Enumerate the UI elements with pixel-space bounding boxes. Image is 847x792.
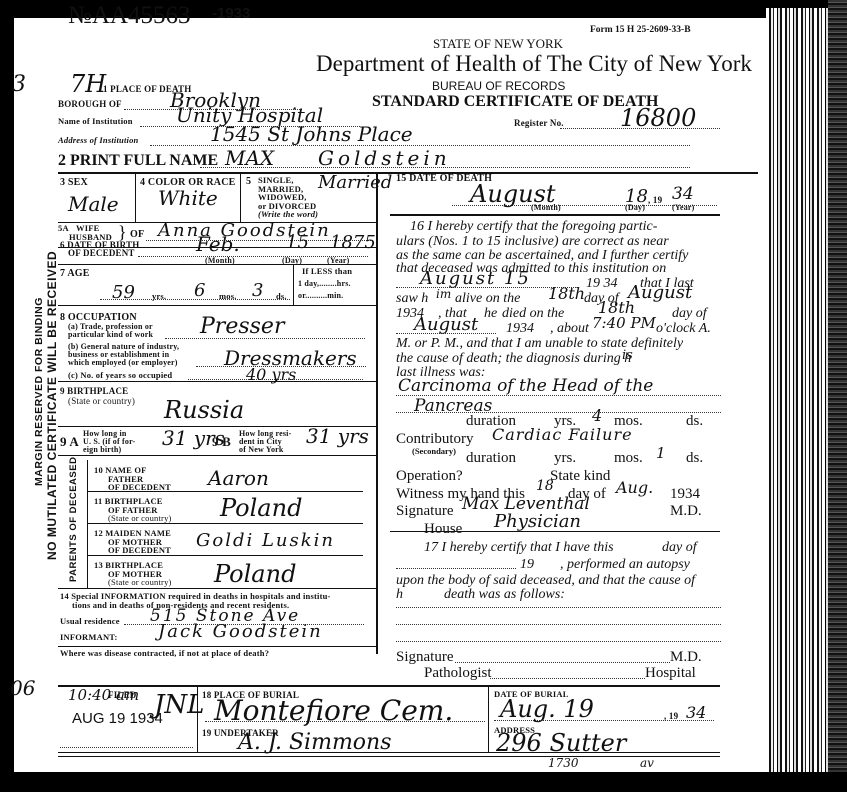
year-3: 1934 — [506, 321, 534, 337]
9b-num: 9 B — [212, 434, 231, 450]
cause-of-death-1: Carcinoma of the Head of the — [398, 376, 653, 396]
contributory-value: Cardiac Failure — [492, 425, 633, 444]
duration-months: 4 — [592, 406, 602, 425]
house-label: House — [424, 521, 462, 538]
register-number: 16800 — [620, 104, 696, 132]
autopsy-dots — [396, 607, 721, 608]
day-of-2: day of — [672, 306, 707, 322]
filed-initials: JNL — [154, 690, 204, 720]
informant-label: INFORMANT: — [60, 632, 118, 642]
admitted-year: 19 34 — [586, 276, 618, 292]
rule — [88, 523, 363, 524]
informant-value: Jack Goodstein — [158, 621, 323, 642]
burial-address-value: 296 Sutter — [496, 729, 626, 757]
address-value: 1545 St Johns Place — [210, 122, 413, 146]
alive-label: alive on the — [455, 291, 520, 307]
pronoun: he — [484, 306, 497, 322]
pathologist-line — [490, 678, 645, 679]
clock-label: o'clock A. — [656, 321, 711, 337]
dob-year: 1875 — [330, 232, 376, 253]
rule — [58, 305, 376, 306]
burial-date-value: Aug. 19 — [500, 695, 594, 723]
register-label: Register No. — [514, 118, 564, 128]
hospital-label: Hospital — [645, 665, 696, 682]
death-day-caption: (Day) — [625, 203, 645, 212]
signature-md: M.D. — [670, 503, 702, 520]
autopsy-line-1-tail: day of — [662, 540, 697, 556]
age-min: or..........min. — [298, 291, 343, 300]
about-label: , about — [550, 321, 589, 337]
certificate-number: №AA45563 — [68, 2, 190, 30]
9b-value: 31 yrs — [306, 424, 369, 448]
rule — [390, 214, 720, 216]
cert-line-9-pronoun: is — [622, 348, 633, 363]
9a-num: 9 A — [60, 434, 79, 450]
mother-name-label: 12 MAIDEN NAME OF MOTHER OF DECEDENT — [94, 529, 171, 555]
sex-label: 3 SEX — [60, 177, 88, 188]
signature-label: Signature — [396, 503, 454, 520]
state-heading: STATE OF NEW YORK — [433, 36, 563, 52]
rule — [58, 646, 376, 647]
filed-label: FILED — [108, 690, 137, 700]
cert-line-8: M. or P. M., and that I am unable to sta… — [396, 336, 683, 352]
margin-note-top: 7H — [70, 70, 106, 98]
no-mutilated-text: NO MUTILATED CERTIFICATE WILL BE RECEIVE… — [45, 251, 59, 560]
dob-month-caption: (Month) — [205, 256, 235, 265]
death-year-prefix: , 19 — [648, 195, 662, 205]
occupation-c-label: (c) No. of years so occupied — [68, 370, 172, 380]
age-label: 7 AGE — [60, 268, 90, 279]
rule — [58, 381, 376, 382]
spouse-of-label: OF — [130, 229, 144, 240]
autopsy-md: M.D. — [670, 649, 702, 666]
label-line: of New York — [239, 446, 291, 454]
certificate-year: -1933 — [212, 5, 250, 22]
rule — [88, 555, 363, 556]
institution-label: Name of Institution — [58, 116, 133, 126]
age-yrs-label: yrs. — [152, 291, 166, 301]
divider — [135, 174, 136, 222]
age-ds-label: ds. — [276, 291, 287, 301]
contributory-months: 1 — [656, 444, 666, 462]
death-year: 34 — [672, 184, 694, 204]
duration-mos-2: mos. — [614, 450, 643, 467]
dob-day-caption: (Day) — [282, 256, 302, 265]
dob-month: Feb. — [196, 232, 240, 256]
certificate-title: STANDARD CERTIFICATE OF DEATH — [372, 93, 658, 111]
borough-label: BOROUGH OF — [58, 99, 122, 109]
address-label: Address of Institution — [58, 135, 138, 145]
age-days: 3 — [252, 280, 263, 301]
duration-label-2: duration — [466, 450, 516, 467]
father-birthplace-label: 11 BIRTHPLACE OF FATHER (State or countr… — [94, 497, 172, 523]
autopsy-signature-label: Signature — [396, 649, 454, 666]
marital-label: SINGLE, MARRIED, WIDOWED, or DIVORCED (W… — [258, 176, 318, 219]
dob-day: 15 — [286, 232, 309, 253]
label-line: which employed (or employer) — [68, 359, 179, 367]
father-name-value: Aaron — [208, 466, 269, 490]
parents-of-deceased-label: PARENTS OF DECEASED — [68, 457, 79, 582]
occupation-a-label: (a) Trade, profession or particular kind… — [68, 323, 153, 339]
margin-reserved-text: MARGIN RESERVED FOR BINDING — [33, 297, 45, 486]
house-value: Physician — [494, 511, 581, 532]
age-mos-label: mos. — [219, 291, 237, 301]
burial-year-prefix: , 19 — [664, 711, 678, 721]
witness-month: Aug. — [616, 478, 653, 497]
label-line: (State or country) — [94, 578, 172, 587]
divider — [240, 174, 241, 222]
secondary-label: (Secondary) — [412, 446, 456, 456]
autopsy-h: h — [396, 587, 403, 603]
burial-place-value: Montefiore Cem. — [214, 694, 453, 727]
sex-value: Male — [68, 192, 119, 216]
burial-address-extra: 1730 — [548, 756, 579, 770]
race-value: White — [158, 186, 218, 210]
filed-line — [60, 747, 193, 748]
rule — [58, 685, 720, 687]
birthplace-sublabel: (State or country) — [68, 396, 135, 406]
divider — [87, 460, 88, 588]
rule — [58, 588, 376, 589]
filed-stamp-date: AUG 19 1934 — [72, 710, 163, 727]
autopsy-line-2-tail: , performed an autopsy — [560, 557, 690, 573]
bureau-heading: BUREAU OF RECORDS — [432, 79, 565, 93]
scan-border-bottom — [0, 772, 847, 792]
age-less-than: If LESS than — [302, 266, 352, 276]
age-hrs: 1 day,........hrs. — [298, 279, 351, 288]
saw-label: saw h — [396, 291, 428, 307]
book-spine-shadow — [828, 0, 847, 792]
died-on-label: died on the — [502, 306, 564, 322]
rule — [58, 455, 376, 456]
marital-value: Married — [318, 172, 392, 193]
occupation-b-label: (b) General nature of industry, business… — [68, 343, 179, 367]
death-year-caption: (Year) — [672, 203, 695, 212]
autopsy-19: 19 — [520, 557, 534, 573]
label-line: eign birth) — [83, 446, 135, 454]
age-years: 59 — [112, 282, 135, 303]
margin-note-bottom: 06 — [10, 676, 35, 700]
column-divider — [376, 172, 378, 654]
died-month: August — [414, 314, 478, 335]
duration-ds: ds. — [686, 413, 703, 430]
witness-day: 18 — [536, 478, 554, 494]
divider — [293, 265, 294, 305]
saw-pronoun: im — [436, 287, 451, 301]
mother-name-value: Goldi Luskin — [196, 530, 335, 551]
age-months: 6 — [194, 280, 205, 301]
label-line: OF DECEDENT — [94, 546, 171, 555]
label-line: (State or country) — [94, 514, 172, 523]
birthplace-value: Russia — [164, 396, 244, 424]
death-month-caption: (Month) — [531, 203, 561, 212]
label-line: (Write the word) — [258, 210, 318, 219]
cert-line-1: 16 I hereby certify that the foregoing p… — [410, 219, 657, 235]
birthplace-label: 9 BIRTHPLACE — [60, 386, 128, 396]
form-id: Form 15 H 25-2609-33-B — [590, 25, 691, 35]
mother-birthplace-label: 13 BIRTHPLACE OF MOTHER (State or countr… — [94, 561, 172, 587]
spouse-label-num: 5A — [58, 223, 69, 233]
autopsy-sig-line — [455, 662, 670, 663]
mother-birthplace-value: Poland — [214, 560, 296, 588]
occupation-a-value: Presser — [200, 314, 284, 339]
operation-label: Operation? — [396, 468, 463, 485]
death-time: 7:40 PM — [592, 314, 656, 332]
admitted-date: August 15 — [420, 268, 531, 289]
name-first: MAX — [225, 146, 274, 170]
autopsy-line-4-tail: death was as follows: — [444, 587, 565, 603]
witness-year: 1934 — [670, 486, 700, 503]
autopsy-dots — [396, 624, 721, 625]
name-last: Goldstein — [318, 146, 451, 170]
book-spine-edge — [766, 8, 828, 783]
alive-day: 18th — [548, 284, 585, 303]
autopsy-dots — [396, 641, 721, 642]
marital-label-num: 5 — [246, 176, 251, 187]
full-name-label: 2 PRINT FULL NAME — [58, 152, 218, 170]
state-kind-label: State kind — [550, 468, 610, 485]
9a-label: How long in U. S. (if of for- eign birth… — [83, 430, 135, 454]
department-heading: Department of Health of The City of New … — [316, 51, 752, 77]
burial-year: 34 — [686, 703, 706, 722]
father-name-label: 10 NAME OF FATHER OF DECEDENT — [94, 466, 171, 492]
label-line: OF DECEDENT — [94, 483, 171, 492]
margin-note-left: 3 — [12, 72, 26, 97]
autopsy-line-1: 17 I hereby certify that I have this — [424, 540, 614, 556]
dob-label-2: OF DECEDENT — [68, 248, 135, 258]
rule — [390, 531, 720, 532]
duration-ds-2: ds. — [686, 450, 703, 467]
alive-month: August — [628, 282, 692, 303]
usual-residence-label: Usual residence — [60, 616, 120, 626]
dob-year-caption: (Year) — [327, 256, 350, 265]
label-line: particular kind of work — [68, 331, 153, 339]
undertaker-value: A. J. Simmons — [238, 730, 392, 755]
burial-address-extra2: av — [640, 756, 654, 770]
pathologist-label: Pathologist — [424, 665, 492, 682]
duration-yrs-2: yrs. — [554, 450, 576, 467]
father-birthplace-value: Poland — [220, 494, 302, 522]
9b-label: How long resi- dent in City of New York — [239, 430, 291, 454]
disease-contracted-label: Where was disease contracted, if not at … — [60, 648, 269, 658]
divider — [488, 687, 489, 752]
occupation-c-value: 40 yrs — [246, 365, 296, 384]
autopsy-line — [396, 568, 516, 569]
